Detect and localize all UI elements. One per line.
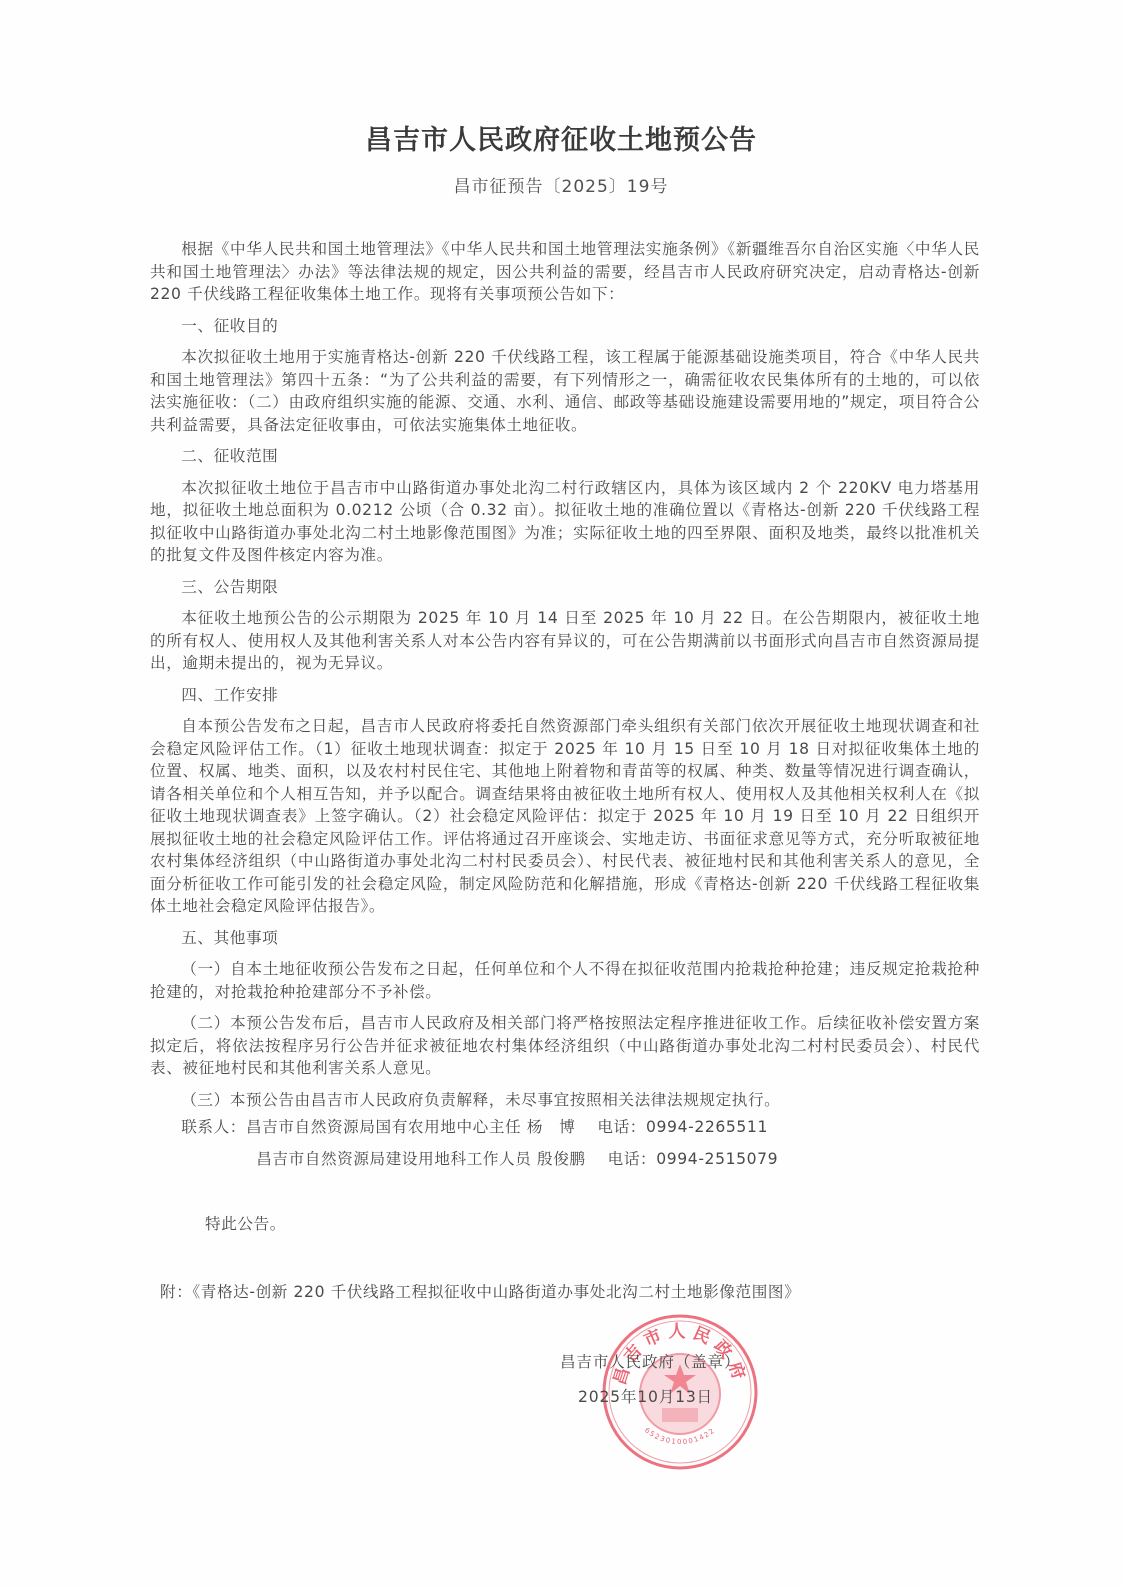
contact-phone-label: 电话： xyxy=(608,1150,657,1168)
contact-row: 昌吉市自然资源局建设用地科工作人员 殷俊鹏电话：0994-2515079 xyxy=(150,1143,980,1175)
section-paragraph: 本次拟征收土地用于实施青格达-创新 220 千伏线路工程，该工程属于能源基础设施… xyxy=(150,346,980,436)
section-heading-arrangement: 四、工作安排 xyxy=(150,680,980,711)
section-paragraph: （一）自本土地征收预公告发布之日起，任何单位和个人不得在拟征收范围内抢栽抢种抢建… xyxy=(150,958,980,1003)
issuer-signature: 昌吉市人民政府（盖章） xyxy=(560,1350,740,1372)
section-paragraph: （三）本预公告由昌吉市人民政府负责解释，未尽事宜按照相关法律法规规定执行。 xyxy=(150,1089,980,1112)
document-page: 昌吉市人民政府征收土地预公告 昌市征预告〔2025〕19号 根据《中华人民共和国… xyxy=(0,0,1122,1587)
contact-name: 杨 博 xyxy=(527,1118,576,1136)
contact-org-role: 昌吉市自然资源局建设用地科工作人员 xyxy=(256,1150,531,1168)
attachment-note: 附：《青格达-创新 220 千伏线路工程拟征收中山路街道办事处北沟二村土地影像范… xyxy=(160,1280,800,1302)
contact-name: 殷俊鹏 xyxy=(537,1150,586,1168)
contact-label: 联系人： xyxy=(181,1118,246,1136)
section-heading-purpose: 一、征收目的 xyxy=(150,311,980,342)
contact-row: 联系人：昌吉市自然资源局国有农用地中心主任 杨 博电话：0994-2265511 xyxy=(150,1111,980,1143)
section-paragraph: 本征收土地预公告的公示期限为 2025 年 10 月 14 日至 2025 年 … xyxy=(150,607,980,675)
contact-phone: 0994-2265511 xyxy=(646,1118,768,1136)
contact-phone-label: 电话： xyxy=(597,1118,646,1136)
intro-paragraph: 根据《中华人民共和国土地管理法》《中华人民共和国土地管理法实施条例》《新疆维吾尔… xyxy=(150,238,980,306)
contact-phone: 0994-2515079 xyxy=(656,1150,778,1168)
document-title: 昌吉市人民政府征收土地预公告 xyxy=(0,118,1122,157)
closing-statement: 特此公告。 xyxy=(205,1212,286,1234)
contact-org-role: 昌吉市自然资源局国有农用地中心主任 xyxy=(246,1118,521,1136)
section-heading-period: 三、公告期限 xyxy=(150,572,980,603)
document-number: 昌市征预告〔2025〕19号 xyxy=(0,172,1122,197)
section-heading-other: 五、其他事项 xyxy=(150,923,980,954)
issue-date: 2025年10月13日 xyxy=(578,1385,713,1407)
section-heading-scope: 二、征收范围 xyxy=(150,441,980,472)
section-paragraph: 自本预公告发布之日起，昌吉市人民政府将委托自然资源部门牵头组织有关部门依次开展征… xyxy=(150,715,980,918)
document-body: 根据《中华人民共和国土地管理法》《中华人民共和国土地管理法实施条例》《新疆维吾尔… xyxy=(150,238,980,1175)
section-paragraph: 本次拟征收土地位于昌吉市中山路街道办事处北沟二村行政辖区内，具体为该区域内 2 … xyxy=(150,477,980,567)
section-paragraph: （二）本预公告发布后，昌吉市人民政府及相关部门将严格按照法定程序推进征收工作。后… xyxy=(150,1012,980,1080)
